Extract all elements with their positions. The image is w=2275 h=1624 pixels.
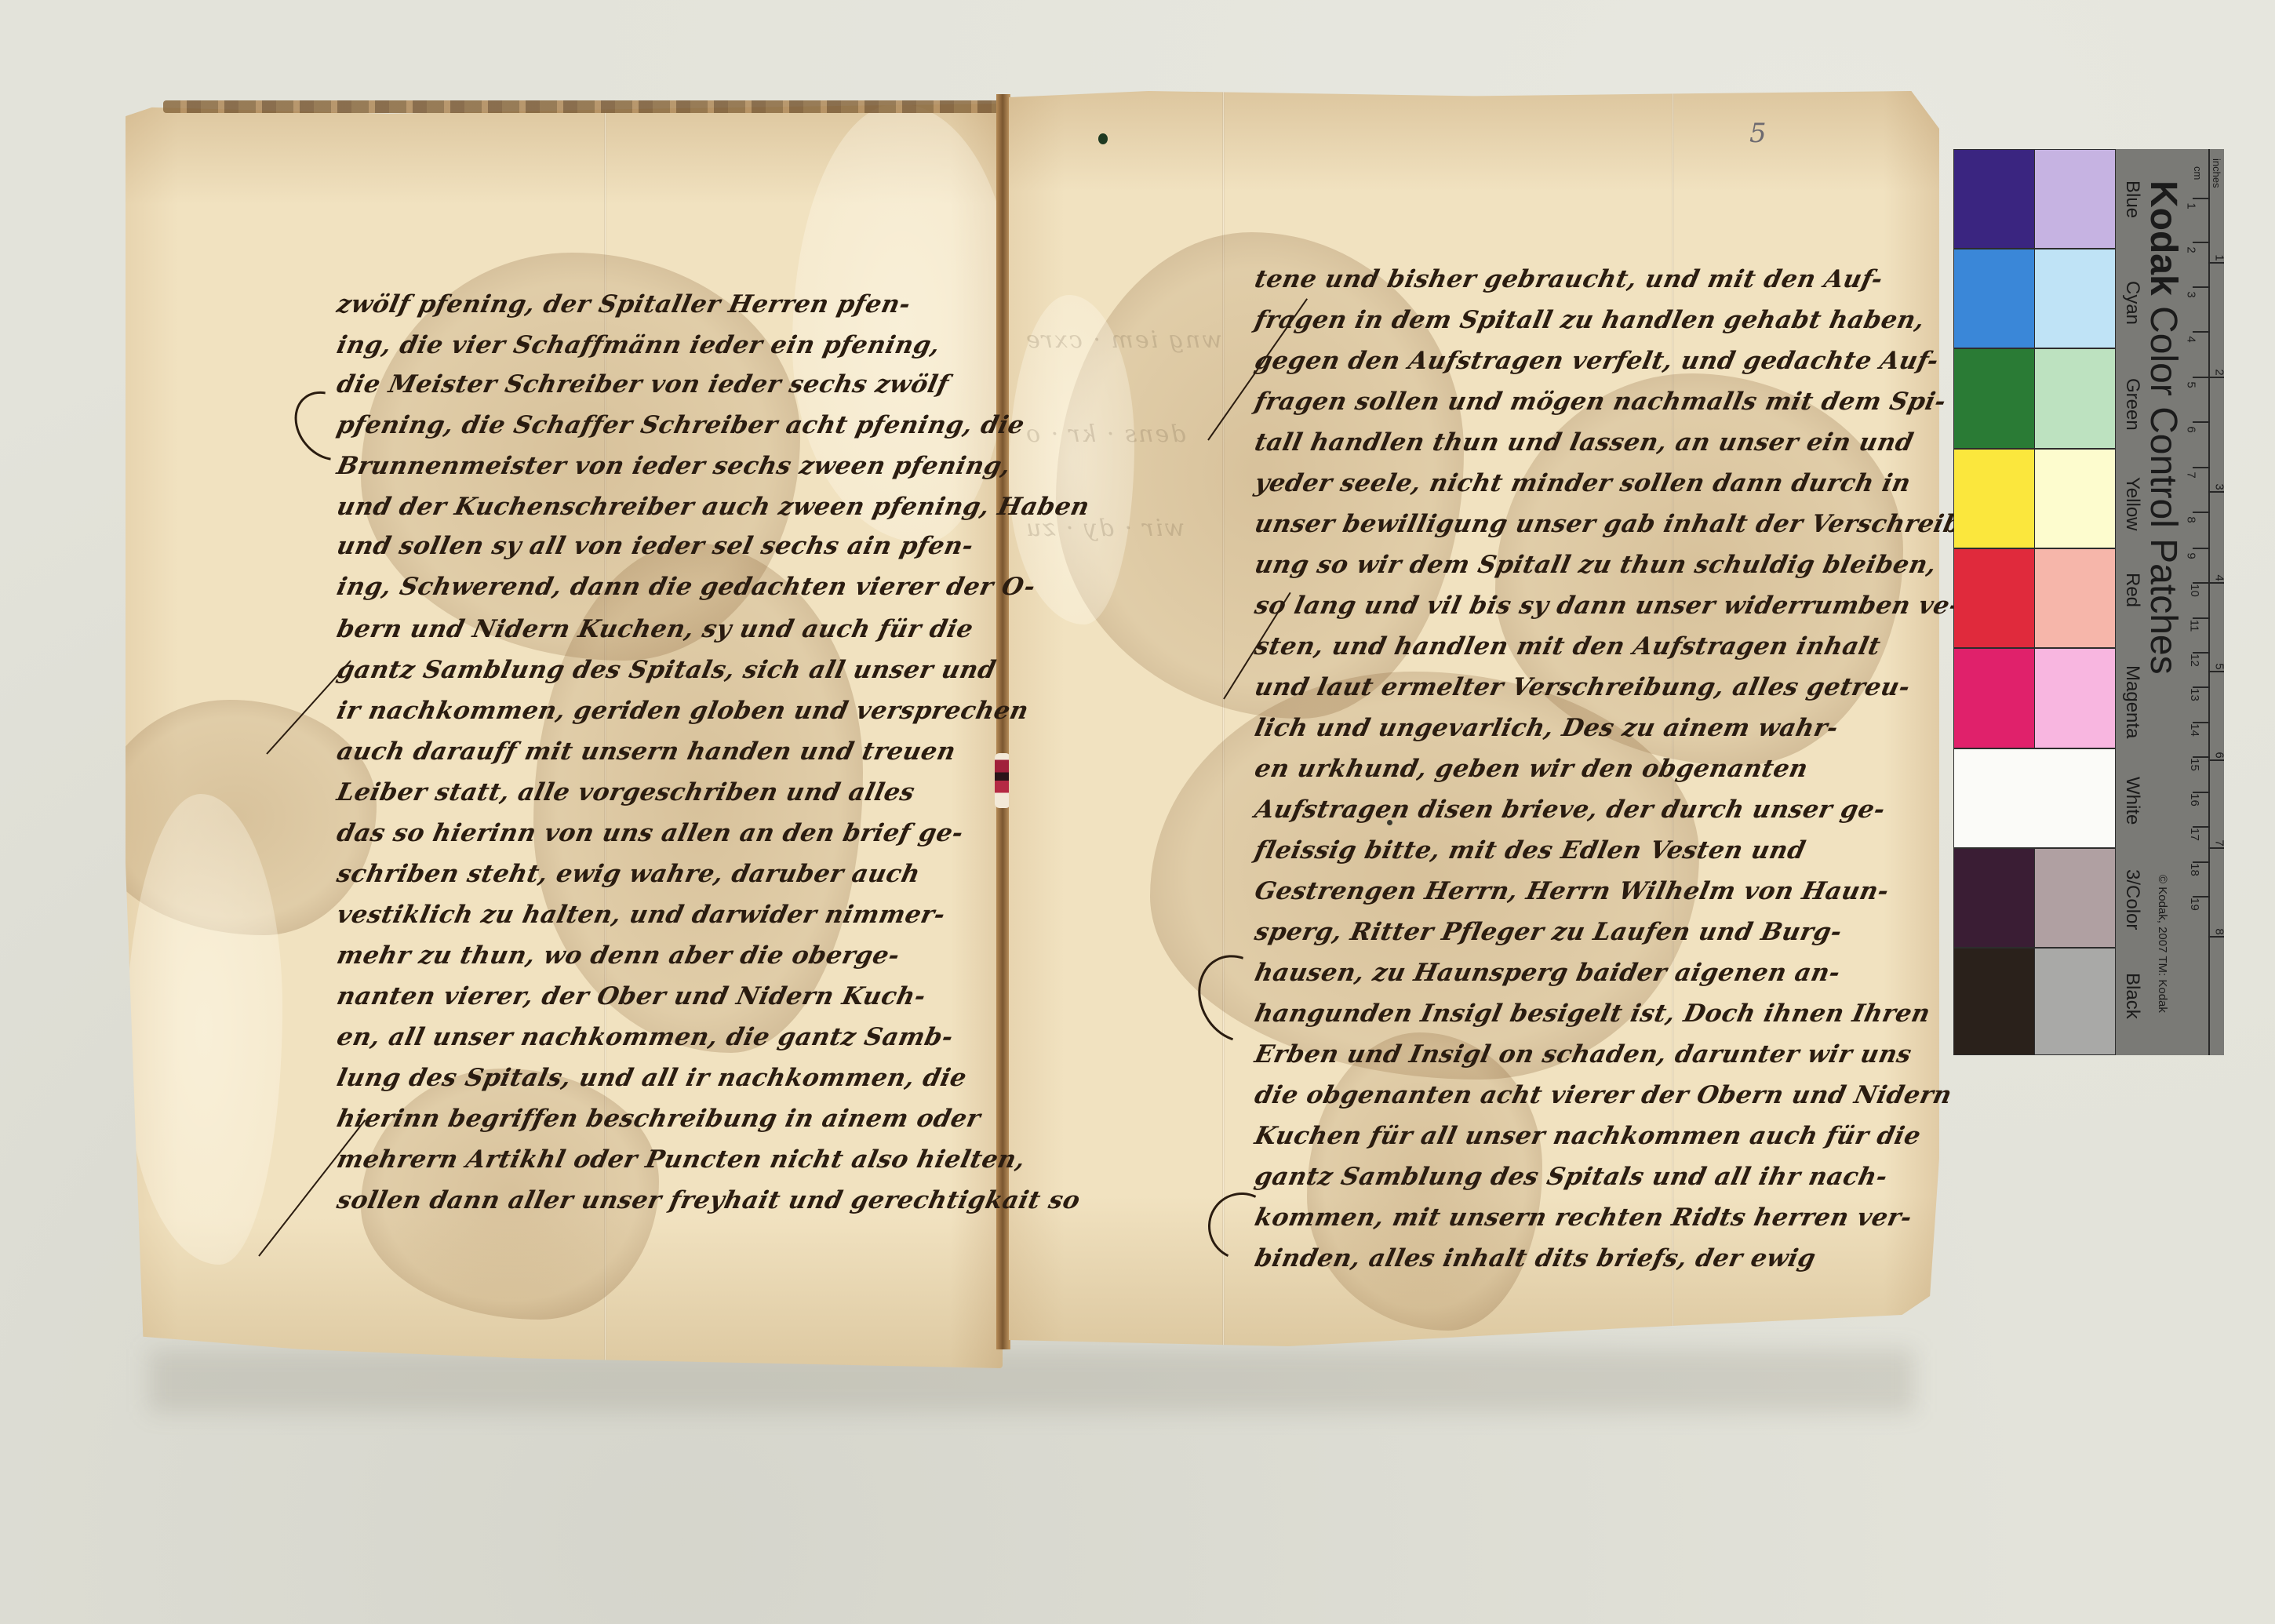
text-line: gegen den Aufstragen verfelt, und gedach…: [1252, 347, 1941, 375]
text-line: lich und ungevarlich, Des zu ainem wahr-: [1252, 714, 1840, 742]
patch-yellow-dark: [1953, 449, 2035, 548]
label-magenta: Magenta: [2121, 665, 2143, 738]
text-line: sten, und handlen mit den Aufstragen inh…: [1252, 632, 1883, 661]
patch-cyan-dark: [1953, 249, 2035, 348]
card-title: Color Control Patches: [2142, 306, 2184, 675]
patch-magenta-dark: [1953, 648, 2035, 748]
text-line: vestiklich zu halten, und darwider nimme…: [334, 901, 948, 929]
patch-black-light: [2034, 948, 2116, 1055]
text-line: ir nachkommen, geriden globen und verspr…: [334, 697, 1031, 725]
text-line: binden, alles inhalt dits briefs, der ew…: [1252, 1244, 1818, 1273]
bleed-through-text: dens · kr · o: [1025, 421, 1185, 448]
label-green: Green: [2121, 378, 2143, 431]
patch-cyan-light: [2034, 249, 2116, 348]
ruler-strip: Kodak Color Control Patches Blue Cyan Gr…: [2116, 149, 2224, 1055]
label-3color: 3/Color: [2121, 869, 2143, 930]
text-line: fragen sollen und mögen nachmalls mit de…: [1252, 388, 1949, 416]
text-line: sollen dann aller unser freyhait und ger…: [334, 1186, 1083, 1214]
label-cyan: Cyan: [2121, 281, 2143, 325]
page-shadow: [149, 1349, 1914, 1412]
text-line: das so hierinn von uns allen an den brie…: [334, 819, 966, 847]
label-red: Red: [2121, 573, 2143, 607]
text-line: tall handlen thun und lassen, an unser e…: [1252, 428, 1916, 457]
patch-black-dark: [1953, 948, 2035, 1055]
text-line: gantz Samblung des Spitals, sich all uns…: [334, 656, 999, 684]
folio-number: 5: [1749, 118, 1767, 149]
color-patches: [1953, 149, 2116, 1055]
text-line: kommen, mit unsern rechten Ridts herren …: [1252, 1203, 1914, 1232]
frayed-top-edge: [163, 100, 1003, 113]
text-line: hausen, zu Haunsperg baider aigenen an-: [1252, 959, 1843, 987]
brand-name: Kodak: [2142, 180, 2184, 296]
kodak-title: Kodak Color Control Patches: [2142, 180, 2185, 675]
patch-yellow-light: [2034, 449, 2116, 548]
patch-red-light: [2034, 548, 2116, 648]
text-line: und der Kuchenschreiber auch zween pfeni…: [334, 493, 1092, 521]
text-line: fleissig bitte, mit des Edlen Vesten und: [1252, 836, 1808, 865]
text-line: ing, die vier Schaffmänn ieder ein pfeni…: [334, 331, 943, 359]
text-line: Gestrengen Herrn, Herrn Wilhelm von Haun…: [1252, 877, 1891, 905]
cm-unit-label: cm: [2192, 166, 2204, 180]
text-line: Leiber statt, alle vorgeschriben und all…: [334, 778, 917, 807]
copyright-text: © Kodak, 2007 TM: Kodak: [2156, 875, 2169, 1013]
patch-green-light: [2034, 348, 2116, 449]
text-line: Brunnenmeister von ieder sechs zween pfe…: [334, 452, 1013, 480]
text-line: bern und Nidern Kuchen, sy und auch für …: [334, 615, 976, 643]
text-line: yeder seele, nicht minder sollen dann du…: [1252, 469, 1913, 497]
inches-unit-label: inches: [2211, 158, 2222, 188]
text-line: mehr zu thun, wo denn aber die oberge-: [334, 941, 902, 970]
text-line: tene und bisher gebraucht, und mit den A…: [1252, 265, 1885, 293]
text-line: unser bewilligung unser gab inhalt der V…: [1252, 510, 1975, 538]
patch-blue-light: [2034, 149, 2116, 249]
text-line: ung so wir dem Spitall zu thun schuldig …: [1252, 551, 1939, 579]
text-line: schriben steht, ewig wahre, daruber auch: [334, 860, 923, 888]
text-line: hierinn begriffen beschreibung in ainem …: [334, 1105, 983, 1133]
patch-white: [1953, 748, 2116, 848]
label-yellow: Yellow: [2121, 477, 2143, 531]
text-line: Aufstragen disen brieve, der durch unser…: [1252, 796, 1887, 824]
kodak-color-control-card: Kodak Color Control Patches Blue Cyan Gr…: [1953, 149, 2224, 1055]
text-line: mehrern Artikhl oder Puncten nicht also …: [334, 1145, 1028, 1174]
bleed-through-text: wng iem · cxre: [1025, 326, 1222, 354]
patch-magenta-light: [2034, 648, 2116, 748]
text-line: hangunden Insigl besigelt ist, Doch ihne…: [1252, 1000, 1933, 1028]
text-line: und laut ermelter Verschreibung, alles g…: [1252, 673, 1913, 701]
ruler-edge: [2208, 149, 2210, 1055]
text-line: die obgenanten acht vierer der Obern und…: [1252, 1081, 1954, 1109]
text-line: gantz Samblung des Spitals und all ihr n…: [1252, 1163, 1890, 1191]
text-line: fragen in dem Spitall zu handlen gehabt …: [1252, 306, 1927, 334]
text-line: Kuchen für all unser nachkommen auch für…: [1252, 1122, 1924, 1150]
label-white: White: [2121, 777, 2143, 825]
ink-spot: [1098, 133, 1108, 144]
text-line: ing, Schwerend, dann die gedachten viere…: [334, 573, 1038, 601]
pale-stain-area: [126, 794, 282, 1265]
text-line: nanten vierer, der Ober und Nidern Kuch-: [334, 982, 928, 1010]
label-black: Black: [2121, 973, 2143, 1019]
text-line: en, all unser nachkommen, die gantz Samb…: [334, 1023, 955, 1051]
text-line: pfening, die Schaffer Schreiber acht pfe…: [334, 411, 1027, 439]
text-line: die Meister Schreiber von ieder sechs zw…: [334, 370, 952, 399]
text-line: und sollen sy all von ieder sel sechs ai…: [334, 532, 976, 560]
text-line: Erben und Insigl on schaden, darunter wi…: [1252, 1040, 1914, 1069]
text-line: zwölf pfening, der Spitaller Herren pfen…: [334, 290, 913, 319]
text-line: auch darauff mit unsern handen und treue…: [334, 737, 958, 766]
label-blue: Blue: [2121, 180, 2143, 218]
patch-red-dark: [1953, 548, 2035, 648]
patch-3color-dark: [1953, 848, 2035, 948]
text-line: so lang und vil bis sy dann unser widerr…: [1252, 592, 1963, 620]
binding-thread: [995, 753, 1010, 808]
patch-3color-light: [2034, 848, 2116, 948]
text-line: en urkhund, geben wir den obgenanten: [1252, 755, 1811, 783]
patch-green-dark: [1953, 348, 2035, 449]
patch-blue-dark: [1953, 149, 2035, 249]
text-line: lung des Spitals, und all ir nachkommen,…: [334, 1064, 969, 1092]
text-line: sperg, Ritter Pfleger zu Laufen und Burg…: [1252, 918, 1844, 946]
